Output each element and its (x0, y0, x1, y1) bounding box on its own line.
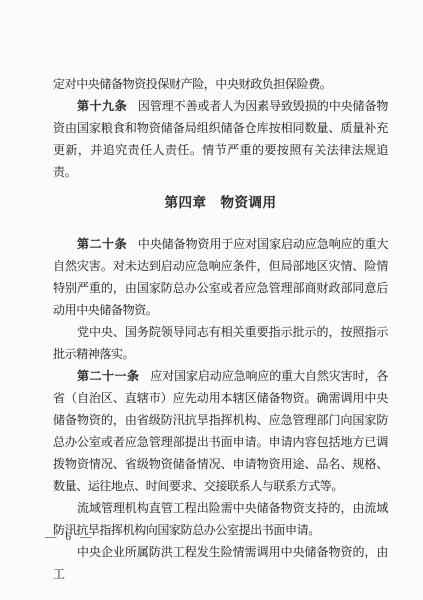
article-20-paragraph: 第二十条中央储备物资用于应对国家启动应急响应的重大自然灾害。对未达到启动应急响应… (53, 233, 388, 321)
paragraph-text: 定对中央储备物资投保财产险，中央财政负担保险费。 (53, 77, 331, 91)
article-21-label: 第二十一条 (77, 369, 140, 383)
paragraph-text: 党中央、国务院领导同志有相关重要指示批示的，按照指示批示精神落实。 (53, 325, 388, 361)
article-19-paragraph: 第十九条因管理不善或者人为因素导致毁损的中央储备物资由国家粮食和物资储备局组织储… (53, 95, 388, 183)
article-21-paragraph: 第二十一条应对国家启动应急响应的重大自然灾害时，各省（自治区、直辖市）应先动用本… (53, 365, 388, 497)
paragraph-text: 流域管理机构直管工程出险需中央储备物资支持的，由流域防汛抗旱指挥机构向国家防总办… (53, 501, 388, 537)
page-number: — 6 — (45, 531, 95, 543)
document-page: 定对中央储备物资投保财产险，中央财政负担保险费。 第十九条因管理不善或者人为因素… (0, 0, 423, 600)
article-20-label: 第二十条 (77, 237, 127, 251)
article-21-paragraph-2: 流域管理机构直管工程出险需中央储备物资支持的，由流域防汛抗旱指挥机构向国家防总办… (53, 497, 388, 541)
article-19-label: 第十九条 (77, 99, 127, 113)
article-20-paragraph-2: 党中央、国务院领导同志有相关重要指示批示的，按照指示批示精神落实。 (53, 321, 388, 365)
continuation-paragraph: 定对中央储备物资投保财产险，中央财政负担保险费。 (53, 73, 388, 95)
paragraph-text: 应对国家启动应急响应的重大自然灾害时，各省（自治区、直辖市）应先动用本辖区储备物… (53, 369, 388, 493)
paragraph-text: 中央企业所属防洪工程发生险情需调用中央储备物资的，由工 (53, 545, 388, 581)
article-21-paragraph-3: 中央企业所属防洪工程发生险情需调用中央储备物资的，由工 (53, 541, 388, 585)
chapter-4-heading: 第四章 物资调用 (53, 192, 388, 214)
